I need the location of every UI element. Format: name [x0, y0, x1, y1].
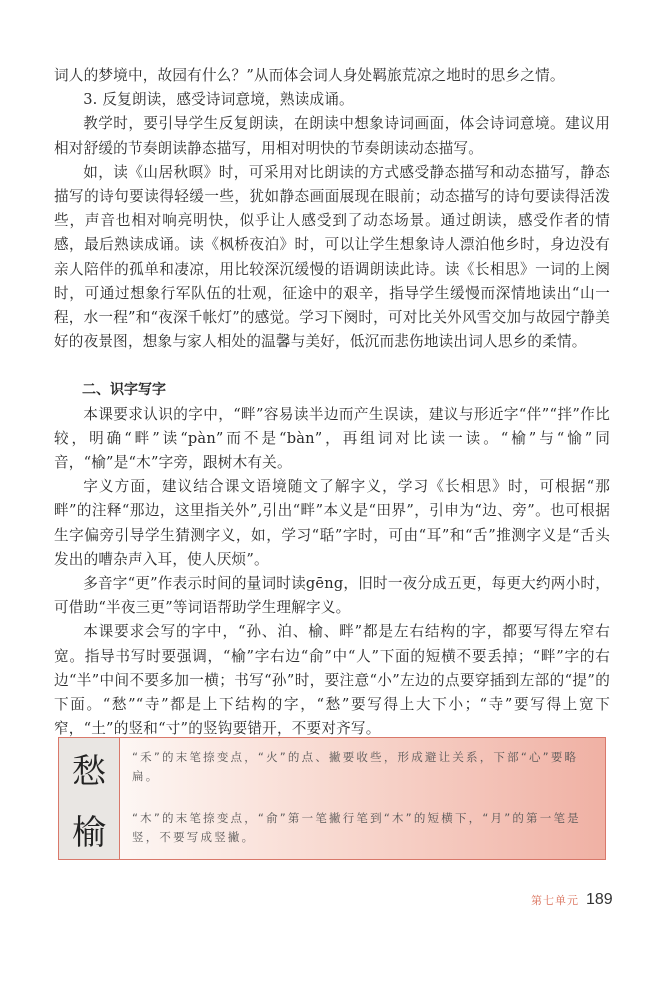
paragraph-recognition: 本课要求认识的字中，“畔”容易读半边而产生误读，建议与形近字“伴”“拌”作比较，…: [54, 403, 610, 476]
page-body: 词人的梦境中，故园有什么？”从而体会词人身处羁旅荒凉之地时的思乡之情。 3. 反…: [54, 64, 610, 766]
subheading-3: 3. 反复朗读，感受诗词意境，熟读成诵。: [54, 88, 610, 112]
paragraph-polyphone: 多音字“更”作表示时间的量词时读gēng，旧时一夜分成五更，每更大约两小时，可借…: [54, 572, 610, 620]
character-cell: 愁: [59, 738, 120, 799]
page-number: 189: [586, 891, 613, 909]
spacer: [54, 354, 610, 378]
paragraph-writing: 本课要求会写的字中，“孙、泊、榆、畔”都是左右结构的字，都要写得左窄右宽。指导书…: [54, 620, 610, 741]
paragraph-meaning: 字义方面，建议结合课文语境随文了解字义，学习《长相思》时，可根据“那畔”的注释“…: [54, 475, 610, 572]
table-row: 榆 “木”的末笔捺变点，“俞”第一笔撇行笔到“木”的短横下，“月”的第一笔是竖，…: [59, 799, 605, 859]
character-cell: 榆: [59, 799, 120, 859]
paragraph-teaching: 教学时，要引导学生反复朗读，在朗读中想象诗词画面，体会诗词意境。建议用相对舒缓的…: [54, 112, 610, 160]
table-row: 愁 “禾”的末笔捺变点，“火”的点、撇要收些，形成避让关系，下部“心”要略扁。: [59, 738, 605, 800]
writing-points-table: 愁 “禾”的末笔捺变点，“火”的点、撇要收些，形成避让关系，下部“心”要略扁。 …: [58, 737, 606, 860]
note-cell: “木”的末笔捺变点，“俞”第一笔撇行笔到“木”的短横下，“月”的第一笔是竖，不要…: [120, 799, 605, 859]
paragraph-examples: 如，读《山居秋暝》时，可采用对比朗读的方式感受静态描写和动态描写，静态描写的诗句…: [54, 161, 610, 355]
paragraph-continuation: 词人的梦境中，故园有什么？”从而体会词人身处羁旅荒凉之地时的思乡之情。: [54, 64, 610, 88]
note-cell: “禾”的末笔捺变点，“火”的点、撇要收些，形成避让关系，下部“心”要略扁。: [120, 738, 605, 799]
unit-label: 第七单元: [531, 892, 579, 908]
page-footer: 第七单元 189: [531, 891, 613, 909]
section-heading: 二、识字写字: [54, 378, 610, 402]
